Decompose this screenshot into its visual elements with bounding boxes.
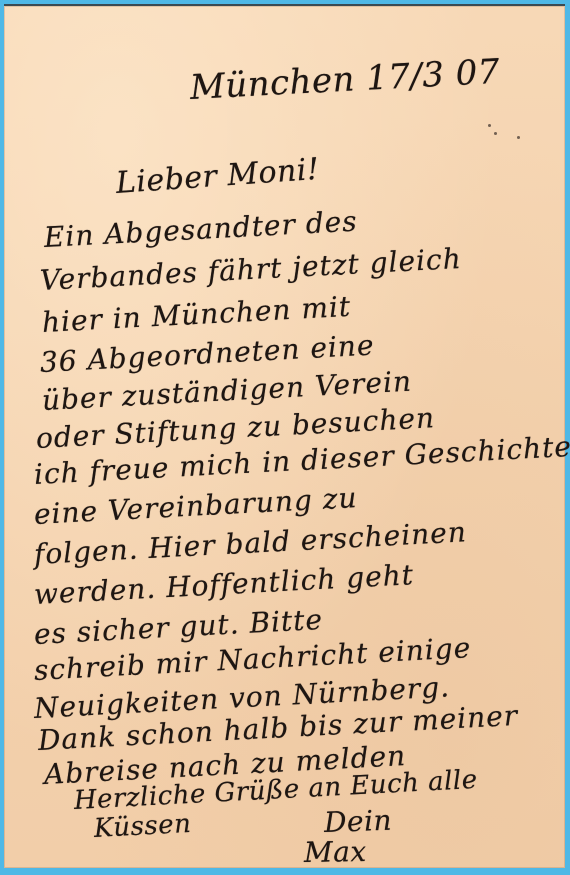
postcard: München 17/3 07 Lieber Moni! Ein Abgesan… [4, 4, 565, 868]
body-line-1: Ein Abgesandter des [43, 205, 358, 254]
signature-name: Max [304, 835, 367, 869]
ink-speck [494, 132, 497, 135]
place-date-heading: München 17/3 07 [189, 52, 501, 108]
greeting: Lieber Moni! [115, 152, 321, 201]
closing-line-2: Küssen [93, 809, 192, 844]
signature-dein: Dein [323, 804, 392, 839]
ink-speck [517, 136, 520, 139]
ink-speck [488, 124, 491, 127]
